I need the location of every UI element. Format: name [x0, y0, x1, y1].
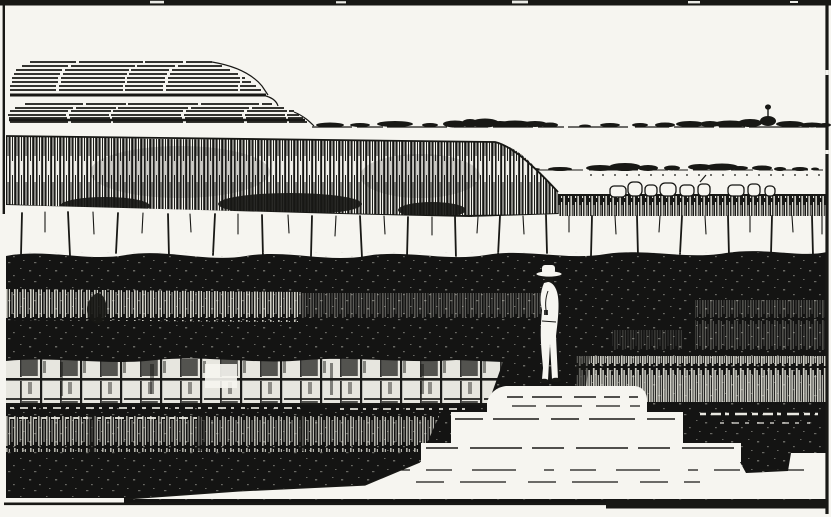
- upper-cliff-face: [6, 136, 559, 218]
- horizon-treeline: [312, 104, 831, 127]
- lower-ledge: [558, 175, 827, 216]
- engraving-canvas: [0, 0, 831, 517]
- blocky-stratum: [6, 359, 503, 409]
- man-foot: [539, 379, 549, 383]
- quarry-engraving: [0, 0, 831, 517]
- layered-hill: [8, 62, 314, 126]
- man-hat-crown: [542, 265, 555, 274]
- hill-upper-stack: [10, 62, 268, 95]
- lower-hatch-band: [6, 414, 440, 452]
- bench-top-platform: [487, 386, 647, 415]
- hill-lower-stack: [8, 96, 314, 126]
- bench-terrace-2: [451, 412, 683, 448]
- boulder-row: [610, 175, 775, 197]
- man-foot: [551, 378, 561, 382]
